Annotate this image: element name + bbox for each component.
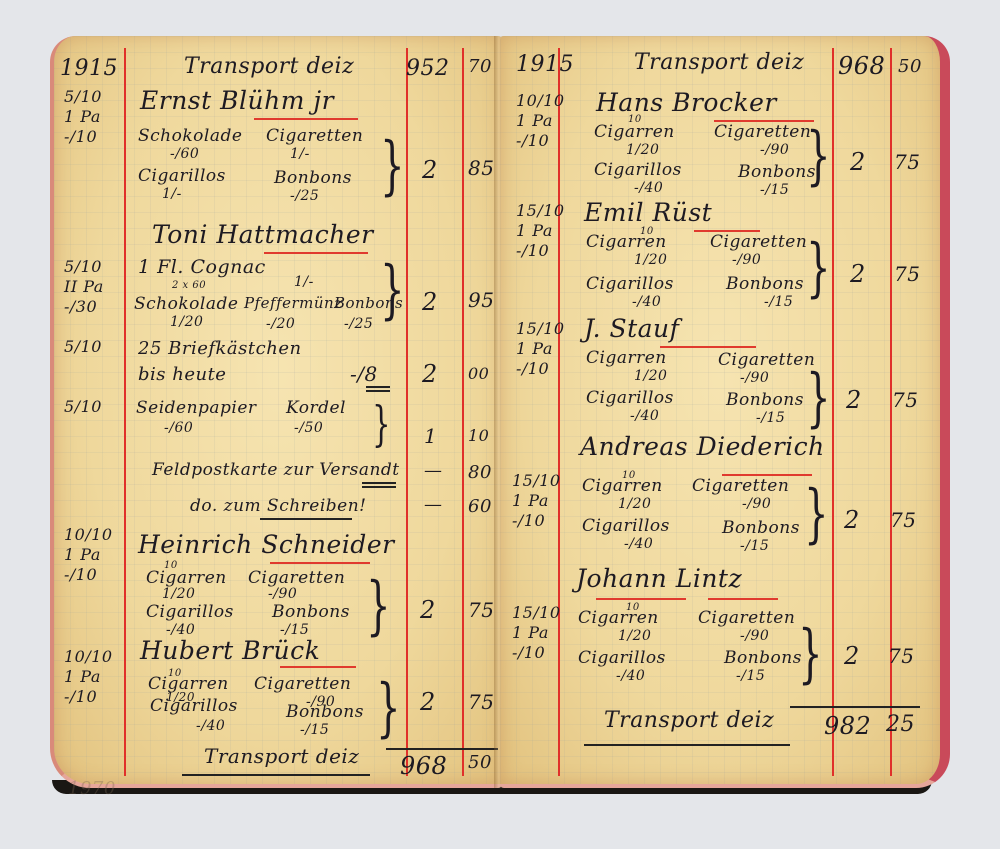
- name-underline: [270, 562, 370, 564]
- total-pfennig: 85: [468, 156, 494, 180]
- carried-forward-label: Transport deiz: [184, 54, 354, 79]
- brace: }: [366, 574, 390, 638]
- item-name: Bonbons: [722, 518, 800, 538]
- item-note: 2 x 60: [172, 280, 206, 291]
- item-name: Seidenpapier: [136, 398, 257, 418]
- name-underline: [660, 346, 756, 348]
- entry-fee: -/10: [516, 360, 549, 378]
- name-underline: [596, 598, 686, 600]
- entry-date: 5/10: [64, 258, 102, 276]
- item-price: 1/20: [170, 314, 203, 330]
- item-price: 1/20: [634, 252, 667, 268]
- item-name: Feldpostkarte zur Versandt: [152, 460, 400, 480]
- item-price: -/15: [764, 294, 793, 310]
- customer-name: Heinrich Schneider: [138, 530, 395, 559]
- name-underline: [708, 598, 778, 600]
- entry-date: 5/10: [64, 338, 102, 356]
- total-marks: 2: [844, 642, 860, 670]
- name-underline: [264, 252, 368, 254]
- total-marks: 2: [420, 688, 436, 716]
- total-pfennig: 60: [468, 496, 492, 517]
- item-name: Cigarren: [582, 476, 663, 496]
- item-price: -/40: [634, 180, 663, 196]
- item-price: 1/20: [626, 142, 659, 158]
- item-name: Cigaretten: [718, 350, 815, 370]
- item-price: -/40: [624, 536, 653, 552]
- entry-date: 10/10: [516, 92, 565, 110]
- total-pfennig: 75: [892, 388, 918, 412]
- total-pfennig: 75: [894, 150, 920, 174]
- item-name: Bonbons: [274, 168, 352, 188]
- entry-fee: -/30: [64, 298, 97, 316]
- customer-name: Emil Rüst: [584, 198, 712, 227]
- name-underline: [254, 118, 358, 120]
- double-underline: [362, 482, 396, 484]
- item-name: Cigarren: [146, 568, 227, 588]
- entry-fee: -/10: [512, 512, 545, 530]
- item-name: do. zum Schreiben!: [190, 496, 367, 516]
- total-pfennig: 75: [468, 690, 494, 714]
- item-name: Cigaretten: [698, 608, 795, 628]
- item-price: -/40: [630, 408, 659, 424]
- brace: }: [380, 134, 404, 198]
- entry-count: II Pa: [64, 278, 104, 296]
- item-price: -/8: [350, 362, 378, 386]
- separator-line: [260, 518, 352, 520]
- item-price: -/90: [740, 628, 769, 644]
- customer-name: Ernst Blühm jr: [140, 86, 334, 115]
- total-rule: [790, 706, 920, 708]
- customer-name: Toni Hattmacher: [152, 220, 374, 249]
- item-name: Cigarillos: [150, 696, 238, 716]
- item-price: -/60: [164, 420, 193, 436]
- item-name: Cigarillos: [586, 388, 674, 408]
- entry-count: 1 Pa: [516, 112, 553, 130]
- left-page: 1915 Transport deiz 952 70 5/10 1 Pa -/1…: [50, 36, 502, 788]
- entry-date: 10/10: [64, 526, 113, 544]
- item-name: Bonbons: [726, 274, 804, 294]
- total-underline: [182, 774, 370, 776]
- total-pfennig: 75: [888, 644, 914, 668]
- item-price: -/25: [290, 188, 319, 204]
- brace: }: [806, 366, 830, 430]
- item-name: Cigaretten: [254, 674, 351, 694]
- item-name: Kordel: [286, 398, 346, 418]
- item-price: 1/20: [618, 496, 651, 512]
- carry-over-label: Transport deiz: [604, 708, 774, 733]
- customer-name: Johann Lintz: [576, 564, 742, 593]
- total-marks: 2: [844, 506, 860, 534]
- entry-date: 15/10: [516, 202, 565, 220]
- entry-fee: -/10: [516, 132, 549, 150]
- item-name: Cigarillos: [578, 648, 666, 668]
- item-price: -/40: [632, 294, 661, 310]
- total-marks: 2: [846, 386, 862, 414]
- item-name: Pfeffermünz: [244, 294, 343, 312]
- item-price: 1/-: [162, 186, 182, 202]
- total-marks: 2: [420, 596, 436, 624]
- item-price: -/90: [732, 252, 761, 268]
- customer-name: Hans Brocker: [596, 88, 777, 117]
- item-price: 1/-: [294, 274, 314, 290]
- item-name: 25 Briefkästchen bis heute: [138, 336, 318, 388]
- total-pfennig: 75: [894, 262, 920, 286]
- entry-count: 1 Pa: [512, 492, 549, 510]
- double-underline: [362, 486, 396, 488]
- mark-column-rule: [832, 48, 834, 776]
- right-page: 1915 Transport deiz 968 50 10/10 1 Pa -/…: [500, 36, 950, 788]
- item-name: Schokolade: [138, 126, 242, 146]
- entry-date: 5/10: [64, 88, 102, 106]
- total-marks: 2: [422, 288, 438, 316]
- entry-fee: -/10: [64, 128, 97, 146]
- item-price: -/15: [736, 668, 765, 684]
- item-name: Cigarren: [594, 122, 675, 142]
- entry-date: 15/10: [512, 604, 561, 622]
- brace: }: [806, 124, 830, 188]
- notebook-spread: 1915 Transport deiz 952 70 5/10 1 Pa -/1…: [50, 36, 955, 796]
- item-name: Bonbons: [272, 602, 350, 622]
- item-price: -/60: [170, 146, 199, 162]
- item-price: -/50: [294, 420, 323, 436]
- item-price: 1/20: [162, 586, 195, 602]
- total-pfennig: 00: [468, 364, 489, 383]
- item-name: Bonbons: [726, 390, 804, 410]
- total-pfennig: 95: [468, 288, 494, 312]
- entry-date: 15/10: [516, 320, 565, 338]
- total-marks: 2: [422, 156, 438, 184]
- total-marks: 2: [850, 260, 866, 288]
- pfennig-column-rule: [462, 48, 464, 776]
- customer-name: J. Stauf: [584, 314, 679, 343]
- item-price: -/40: [616, 668, 645, 684]
- customer-name: Andreas Diederich: [580, 432, 825, 461]
- item-price: -/15: [740, 538, 769, 554]
- item-name: Cigaretten: [692, 476, 789, 496]
- customer-name: Hubert Brück: [140, 636, 320, 665]
- total-marks: 2: [422, 360, 438, 388]
- item-price: -/90: [742, 496, 771, 512]
- entry-date: 10/10: [64, 648, 113, 666]
- item-name: Bonbons: [738, 162, 816, 182]
- item-name: Cigaretten: [266, 126, 363, 146]
- carried-forward-pfennig: 50: [898, 56, 922, 77]
- entry-fee: -/10: [512, 644, 545, 662]
- item-price: -/40: [196, 718, 225, 734]
- faint-pencil-note: 1970: [68, 778, 116, 799]
- item-name: Cigaretten: [714, 122, 811, 142]
- item-name: Cigaretten: [248, 568, 345, 588]
- item-price: 1/20: [634, 368, 667, 384]
- item-price: -/90: [268, 586, 297, 602]
- item-name: Schokolade: [134, 294, 238, 314]
- item-price: -/15: [756, 410, 785, 426]
- entry-count: 1 Pa: [64, 546, 101, 564]
- entry-count: 1 Pa: [512, 624, 549, 642]
- total-underline: [584, 744, 790, 746]
- item-name: Bonbons: [724, 648, 802, 668]
- total-pfennig: 80: [468, 462, 492, 483]
- item-name: Cigarren: [586, 348, 667, 368]
- carry-over-label: Transport deiz: [204, 744, 359, 768]
- item-price: 1/-: [290, 146, 310, 162]
- entry-fee: -/10: [64, 566, 97, 584]
- entry-count: 1 Pa: [64, 108, 101, 126]
- item-name: Cigarren: [578, 608, 659, 628]
- brace: }: [380, 258, 404, 322]
- item-price: -/25: [344, 316, 373, 332]
- carry-over-pfennig: 25: [886, 712, 915, 737]
- item-name: Cigarren: [586, 232, 667, 252]
- total-marks: —: [424, 460, 443, 481]
- item-price: -/15: [300, 722, 329, 738]
- total-rule: [386, 748, 498, 750]
- total-marks: 2: [850, 148, 866, 176]
- brace: }: [806, 236, 830, 300]
- carried-forward-label: Transport deiz: [634, 50, 804, 75]
- year-label: 1915: [516, 52, 574, 77]
- year-label: 1915: [60, 56, 118, 81]
- double-underline: [366, 386, 390, 388]
- item-name: Cigarillos: [146, 602, 234, 622]
- name-underline: [280, 666, 356, 668]
- item-name: Bonbons: [286, 702, 364, 722]
- carried-forward-marks: 952: [406, 56, 450, 81]
- carry-over-marks: 968: [400, 752, 447, 780]
- total-marks: 1: [424, 424, 437, 448]
- entry-date: 5/10: [64, 398, 102, 416]
- brace: }: [372, 392, 390, 456]
- date-column-rule: [558, 48, 560, 776]
- entry-fee: -/10: [516, 242, 549, 260]
- item-price: -/15: [760, 182, 789, 198]
- item-name: Cigaretten: [710, 232, 807, 252]
- item-name: Cigarillos: [594, 160, 682, 180]
- total-pfennig: 75: [468, 598, 494, 622]
- total-pfennig: 10: [468, 426, 489, 445]
- item-name: Cigarillos: [586, 274, 674, 294]
- item-name: Cigarillos: [582, 516, 670, 536]
- item-name: Cigarillos: [138, 166, 226, 186]
- entry-fee: -/10: [64, 688, 97, 706]
- brace: }: [798, 622, 822, 686]
- carry-over-pfennig: 50: [468, 752, 492, 773]
- item-price: -/90: [740, 370, 769, 386]
- brace: }: [804, 482, 828, 546]
- date-column-rule: [124, 48, 126, 776]
- item-price: 1/20: [618, 628, 651, 644]
- mark-column-rule: [406, 48, 408, 776]
- item-price: -/20: [266, 316, 295, 332]
- carry-over-marks: 982: [824, 712, 871, 740]
- entry-count: 1 Pa: [516, 340, 553, 358]
- total-marks: —: [424, 494, 443, 515]
- item-price: -/90: [760, 142, 789, 158]
- total-pfennig: 75: [890, 508, 916, 532]
- carried-forward-marks: 968: [838, 52, 885, 80]
- entry-count: 1 Pa: [516, 222, 553, 240]
- brace: }: [376, 676, 400, 740]
- carried-forward-pfennig: 70: [468, 56, 492, 77]
- entry-date: 15/10: [512, 472, 561, 490]
- item-name: 1 Fl. Cognac: [138, 256, 266, 278]
- entry-count: 1 Pa: [64, 668, 101, 686]
